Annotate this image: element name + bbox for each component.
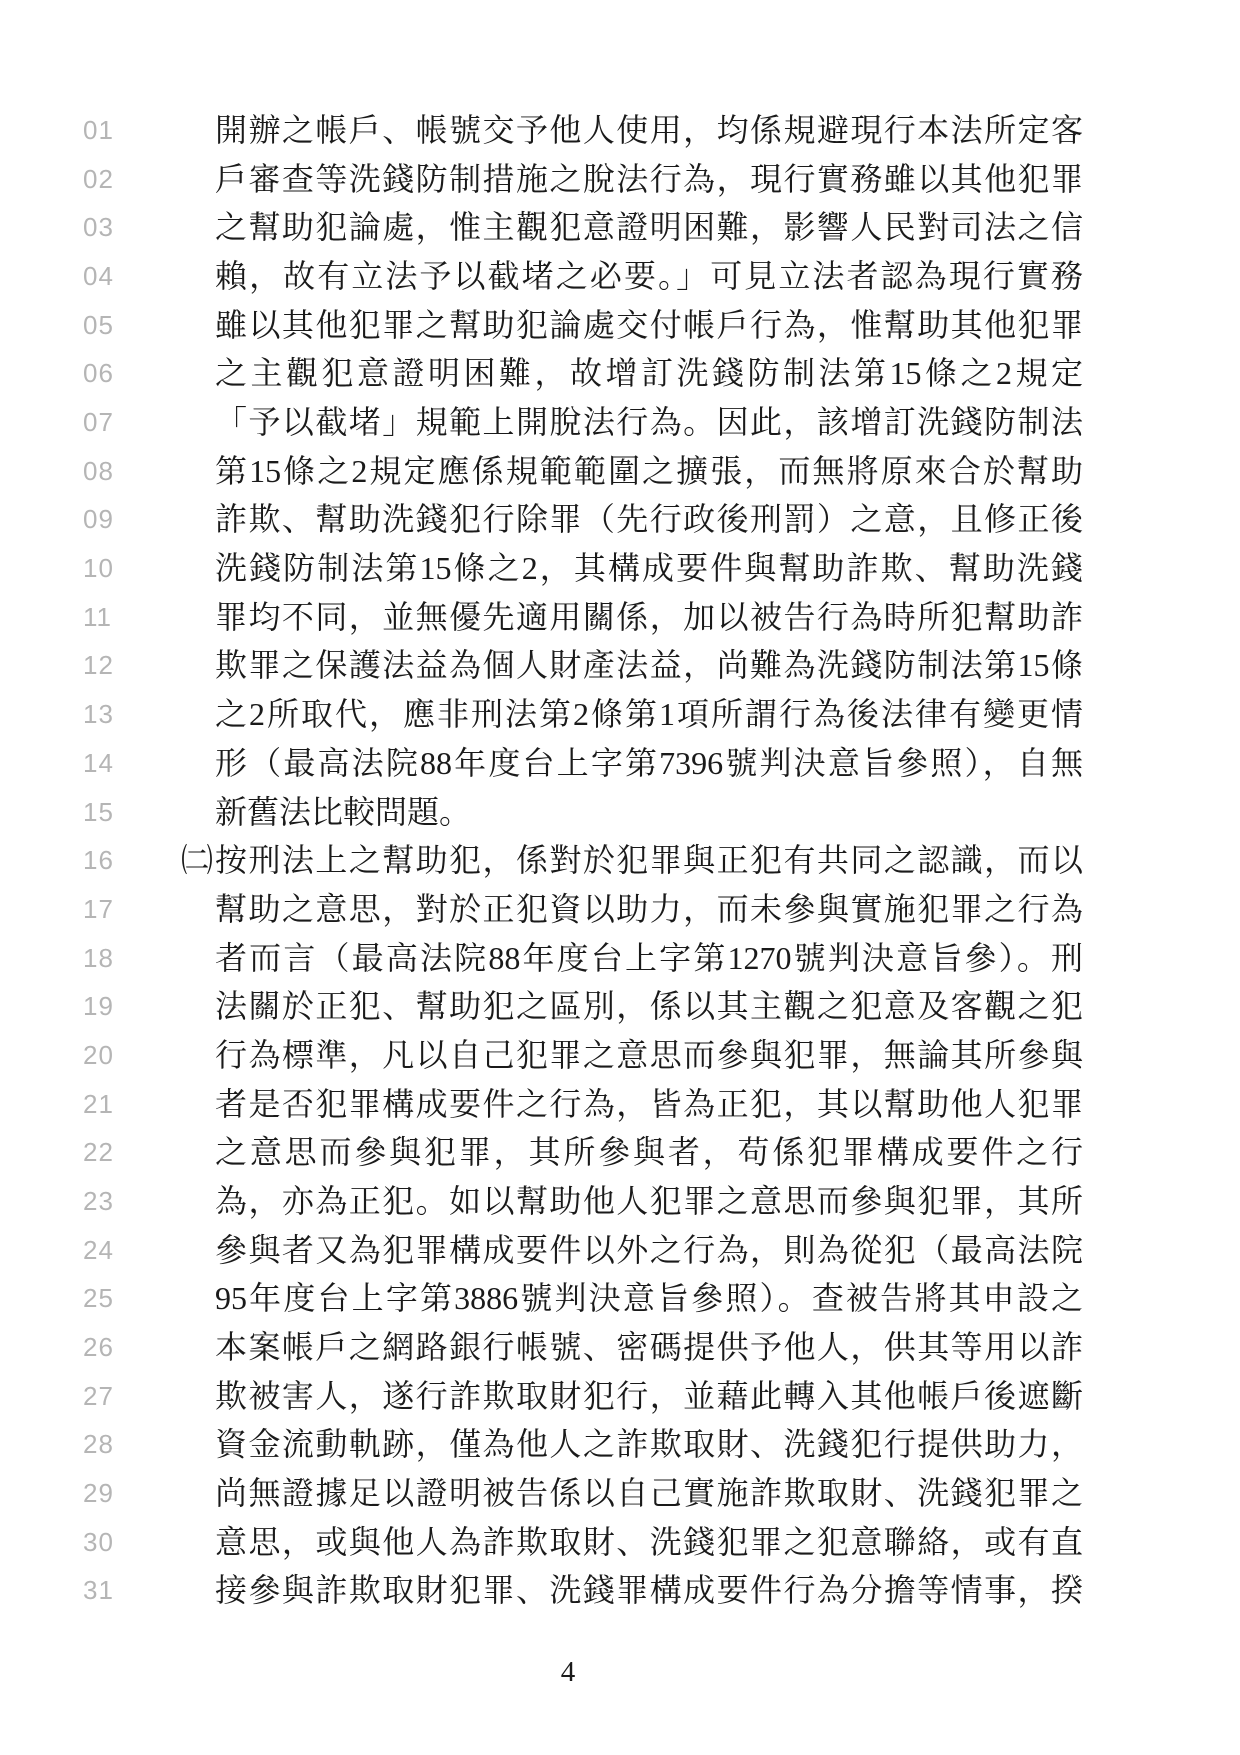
- text-line: 24 參與者又為犯罪構成要件以外之行為，則為從犯（最高法院: [0, 1226, 1240, 1275]
- line-number: 16: [83, 836, 153, 885]
- text-line: 03 之幫助犯論處，惟主觀犯意證明困難，影響人民對司法之信: [0, 203, 1240, 252]
- line-text: 戶審查等洗錢防制措施之脫法行為，現行實務雖以其他犯罪: [215, 155, 1083, 204]
- line-text: 幫助之意思，對於正犯資以助力，而未參與實施犯罪之行為: [215, 885, 1083, 934]
- line-text: 新舊法比較問題。: [215, 788, 1083, 837]
- line-text: 參與者又為犯罪構成要件以外之行為，則為從犯（最高法院: [215, 1226, 1083, 1275]
- line-number: 29: [83, 1469, 153, 1518]
- line-text: 意思，或與他人為詐欺取財、洗錢犯罪之犯意聯絡，或有直: [215, 1518, 1083, 1567]
- text-line: 22 之意思而參與犯罪，其所參與者，苟係犯罪構成要件之行: [0, 1128, 1240, 1177]
- text-line: 23 為，亦為正犯。如以幫助他人犯罪之意思而參與犯罪，其所: [0, 1177, 1240, 1226]
- text-line: 21 者是否犯罪構成要件之行為，皆為正犯，其以幫助他人犯罪: [0, 1080, 1240, 1129]
- line-text: 之2所取代，應非刑法第2條第1項所謂行為後法律有變更情: [215, 690, 1083, 739]
- text-line: 08 第15條之2規定應係規範範圍之擴張，而無將原來合於幫助: [0, 447, 1240, 496]
- line-number: 02: [83, 155, 153, 204]
- text-line: 13 之2所取代，應非刑法第2條第1項所謂行為後法律有變更情: [0, 690, 1240, 739]
- line-number: 09: [83, 495, 153, 544]
- line-number: 19: [83, 982, 153, 1031]
- line-text: 本案帳戶之網路銀行帳號、密碼提供予他人，供其等用以詐: [215, 1323, 1083, 1372]
- line-number: 18: [83, 934, 153, 983]
- line-number: 21: [83, 1080, 153, 1129]
- text-line: 20 行為標準，凡以自己犯罪之意思而參與犯罪，無論其所參與: [0, 1031, 1240, 1080]
- line-text: 之幫助犯論處，惟主觀犯意證明困難，影響人民對司法之信: [215, 203, 1083, 252]
- line-text: 罪均不同，並無優先適用關係，加以被告行為時所犯幫助詐: [215, 593, 1083, 642]
- line-text: 資金流動軌跡，僅為他人之詐欺取財、洗錢犯行提供助力，: [215, 1420, 1083, 1469]
- text-line: 25 95年度台上字第3886號判決意旨參照）。查被告將其申設之: [0, 1274, 1240, 1323]
- line-number: 30: [83, 1518, 153, 1567]
- line-text: 雖以其他犯罪之幫助犯論處交付帳戶行為，惟幫助其他犯罪: [215, 301, 1083, 350]
- text-line: 31 接參與詐欺取財犯罪、洗錢罪構成要件行為分擔等情事，揆: [0, 1566, 1240, 1615]
- text-line: 15 新舊法比較問題。: [0, 788, 1240, 837]
- line-text: 為，亦為正犯。如以幫助他人犯罪之意思而參與犯罪，其所: [215, 1177, 1083, 1226]
- text-line: 26 本案帳戶之網路銀行帳號、密碼提供予他人，供其等用以詐: [0, 1323, 1240, 1372]
- line-text: 洗錢防制法第15條之2，其構成要件與幫助詐欺、幫助洗錢: [215, 544, 1083, 593]
- page-number: 4: [540, 1656, 596, 1689]
- line-number: 13: [83, 690, 153, 739]
- line-text: 者是否犯罪構成要件之行為，皆為正犯，其以幫助他人犯罪: [215, 1080, 1083, 1129]
- line-number: 20: [83, 1031, 153, 1080]
- line-text: 欺被害人，遂行詐欺取財犯行，並藉此轉入其他帳戶後遮斷: [215, 1372, 1083, 1421]
- text-line: 07 「予以截堵」規範上開脫法行為。因此，該增訂洗錢防制法: [0, 398, 1240, 447]
- line-text: 欺罪之保護法益為個人財產法益，尚難為洗錢防制法第15條: [215, 641, 1083, 690]
- line-text: 行為標準，凡以自己犯罪之意思而參與犯罪，無論其所參與: [215, 1031, 1083, 1080]
- text-line: 12 欺罪之保護法益為個人財產法益，尚難為洗錢防制法第15條: [0, 641, 1240, 690]
- line-text: 詐欺、幫助洗錢犯行除罪（先行政後刑罰）之意，且修正後: [215, 495, 1083, 544]
- text-line: 05 雖以其他犯罪之幫助犯論處交付帳戶行為，惟幫助其他犯罪: [0, 301, 1240, 350]
- text-line: 11 罪均不同，並無優先適用關係，加以被告行為時所犯幫助詐: [0, 593, 1240, 642]
- line-text: 法關於正犯、幫助犯之區別，係以其主觀之犯意及客觀之犯: [215, 982, 1083, 1031]
- text-line: 14 形（最高法院88年度台上字第7396號判決意旨參照），自無: [0, 739, 1240, 788]
- text-line: 10 洗錢防制法第15條之2，其構成要件與幫助詐欺、幫助洗錢: [0, 544, 1240, 593]
- text-line: 01 開辦之帳戶、帳號交予他人使用，均係規避現行本法所定客: [0, 106, 1240, 155]
- line-text: 第15條之2規定應係規範範圍之擴張，而無將原來合於幫助: [215, 447, 1083, 496]
- line-number: 03: [83, 203, 153, 252]
- text-line: 30 意思，或與他人為詐欺取財、洗錢犯罪之犯意聯絡，或有直: [0, 1518, 1240, 1567]
- line-number: 26: [83, 1323, 153, 1372]
- line-number: 06: [83, 349, 153, 398]
- line-number: 14: [83, 739, 153, 788]
- line-number: 08: [83, 447, 153, 496]
- line-text: 尚無證據足以證明被告係以自己實施詐欺取財、洗錢犯罪之: [215, 1469, 1083, 1518]
- line-number: 23: [83, 1177, 153, 1226]
- paragraph-marker: ㈡: [181, 836, 213, 885]
- text-line: 29 尚無證據足以證明被告係以自己實施詐欺取財、洗錢犯罪之: [0, 1469, 1240, 1518]
- text-line: 18 者而言（最高法院88年度台上字第1270號判決意旨參）。刑: [0, 934, 1240, 983]
- line-number: 04: [83, 252, 153, 301]
- line-number: 24: [83, 1226, 153, 1275]
- document-page: 01 開辦之帳戶、帳號交予他人使用，均係規避現行本法所定客 02 戶審查等洗錢防…: [0, 0, 1240, 1755]
- text-line: 19 法關於正犯、幫助犯之區別，係以其主觀之犯意及客觀之犯: [0, 982, 1240, 1031]
- line-text: 者而言（最高法院88年度台上字第1270號判決意旨參）。刑: [215, 934, 1083, 983]
- line-number: 01: [83, 106, 153, 155]
- line-number: 31: [83, 1566, 153, 1615]
- line-text: 「予以截堵」規範上開脫法行為。因此，該增訂洗錢防制法: [215, 398, 1083, 447]
- line-text: 形（最高法院88年度台上字第7396號判決意旨參照），自無: [215, 739, 1083, 788]
- line-text: 之主觀犯意證明困難，故增訂洗錢防制法第15條之2規定: [215, 349, 1083, 398]
- line-number: 27: [83, 1372, 153, 1421]
- line-text: 開辦之帳戶、帳號交予他人使用，均係規避現行本法所定客: [215, 106, 1083, 155]
- line-text: 接參與詐欺取財犯罪、洗錢罪構成要件行為分擔等情事，揆: [215, 1566, 1083, 1615]
- text-line: 16 ㈡ 按刑法上之幫助犯，係對於犯罪與正犯有共同之認識，而以: [0, 836, 1240, 885]
- text-line: 27 欺被害人，遂行詐欺取財犯行，並藉此轉入其他帳戶後遮斷: [0, 1372, 1240, 1421]
- line-text: 95年度台上字第3886號判決意旨參照）。查被告將其申設之: [215, 1274, 1083, 1323]
- line-number: 22: [83, 1128, 153, 1177]
- text-line: 28 資金流動軌跡，僅為他人之詐欺取財、洗錢犯行提供助力，: [0, 1420, 1240, 1469]
- text-line: 02 戶審查等洗錢防制措施之脫法行為，現行實務雖以其他犯罪: [0, 155, 1240, 204]
- line-number: 17: [83, 885, 153, 934]
- line-number: 12: [83, 641, 153, 690]
- line-text: 之意思而參與犯罪，其所參與者，苟係犯罪構成要件之行: [215, 1128, 1083, 1177]
- text-line: 06 之主觀犯意證明困難，故增訂洗錢防制法第15條之2規定: [0, 349, 1240, 398]
- line-text: 按刑法上之幫助犯，係對於犯罪與正犯有共同之認識，而以: [215, 836, 1083, 885]
- line-number: 15: [83, 788, 153, 837]
- line-number: 28: [83, 1420, 153, 1469]
- line-text: 賴，故有立法予以截堵之必要。」可見立法者認為現行實務: [215, 252, 1083, 301]
- line-number: 10: [83, 544, 153, 593]
- line-number: 11: [83, 593, 153, 642]
- line-number: 07: [83, 398, 153, 447]
- text-line: 17 幫助之意思，對於正犯資以助力，而未參與實施犯罪之行為: [0, 885, 1240, 934]
- text-line: 09 詐欺、幫助洗錢犯行除罪（先行政後刑罰）之意，且修正後: [0, 495, 1240, 544]
- line-number: 05: [83, 301, 153, 350]
- line-number: 25: [83, 1274, 153, 1323]
- text-line: 04 賴，故有立法予以截堵之必要。」可見立法者認為現行實務: [0, 252, 1240, 301]
